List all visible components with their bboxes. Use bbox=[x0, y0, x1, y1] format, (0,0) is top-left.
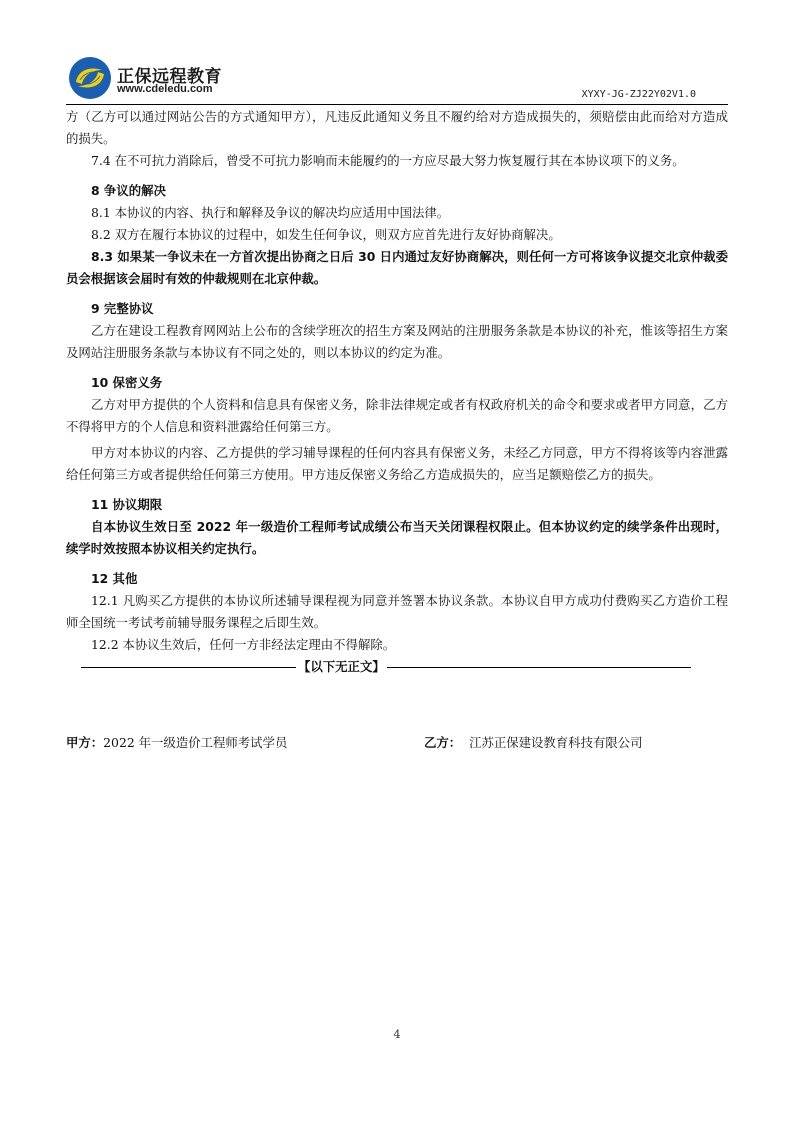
clause-7-4: 7.4 在不可抗力消除后，曾受不可抗力影响而未能履约的一方应尽最大努力恢复履行其… bbox=[66, 150, 728, 172]
end-rule-left bbox=[81, 667, 296, 668]
party-b-label: 乙方： bbox=[424, 735, 461, 750]
document-code: XYXY-JG-ZJ22Y02V1.0 bbox=[582, 89, 696, 100]
party-a-label: 甲方： bbox=[66, 735, 103, 750]
clause-8-2: 8.2 双方在履行本协议的过程中，如发生任何争议，则双方应首先进行友好协商解决。 bbox=[66, 224, 728, 246]
company-logo-icon bbox=[68, 56, 112, 100]
clause-12-2: 12.2 本协议生效后，任何一方非经法定理由不得解除。 bbox=[66, 634, 728, 656]
end-rule-right bbox=[387, 667, 691, 668]
header-divider bbox=[66, 104, 728, 105]
party-b-value: 江苏正保建设教育科技有限公司 bbox=[469, 735, 642, 750]
section-10-title: 10 保密义务 bbox=[66, 372, 728, 394]
agreement-body: 方（乙方可以通过网站公告的方式通知甲方），凡违反此通知义务且不履约给对方造成损失… bbox=[66, 106, 728, 678]
end-marker-label: 【以下无正文】 bbox=[296, 656, 387, 678]
page-header: 正保远程教育 www.cdeledu.com XYXY-JG-ZJ22Y02V1… bbox=[66, 52, 728, 105]
clause-12-1: 12.1 凡购买乙方提供的本协议所述辅导课程视为同意并签署本协议条款。本协议自甲… bbox=[66, 590, 728, 634]
section-10-para-2: 甲方对本协议的内容、乙方提供的学习辅导课程的任何内容具有保密义务，未经乙方同意，… bbox=[66, 442, 728, 486]
section-12-title: 12 其他 bbox=[66, 568, 728, 590]
page-number: 4 bbox=[0, 1028, 794, 1041]
party-a-value: 2022 年一级造价工程师考试学员 bbox=[103, 735, 287, 750]
section-9-text: 乙方在建设工程教育网网站上公布的含续学班次的招生方案及网站的注册服务条款是本协议… bbox=[66, 320, 728, 364]
section-10-para-1: 乙方对甲方提供的个人资料和信息具有保密义务，除非法律规定或者有权政府机关的命令和… bbox=[66, 394, 728, 438]
clause-8-3: 8.3 如果某一争议未在一方首次提出协商之日后 30 日内通过友好协商解决，则任… bbox=[66, 246, 728, 290]
section-8-title: 8 争议的解决 bbox=[66, 180, 728, 202]
section-9-title: 9 完整协议 bbox=[66, 298, 728, 320]
section-11-title: 11 协议期限 bbox=[66, 494, 728, 516]
continuation-paragraph: 方（乙方可以通过网站公告的方式通知甲方），凡违反此通知义务且不履约给对方造成损失… bbox=[66, 106, 728, 150]
end-of-text-marker: 【以下无正文】 bbox=[81, 656, 691, 678]
party-a: 甲方：2022 年一级造价工程师考试学员 bbox=[66, 733, 287, 751]
brand-url: www.cdeledu.com bbox=[117, 83, 213, 95]
party-b: 乙方： 江苏正保建设教育科技有限公司 bbox=[424, 733, 643, 751]
clause-8-1: 8.1 本协议的内容、执行和解释及争议的解决均应适用中国法律。 bbox=[66, 202, 728, 224]
section-11-text: 自本协议生效日至 2022 年一级造价工程师考试成绩公布当天关闭课程权限止。但本… bbox=[66, 516, 728, 560]
